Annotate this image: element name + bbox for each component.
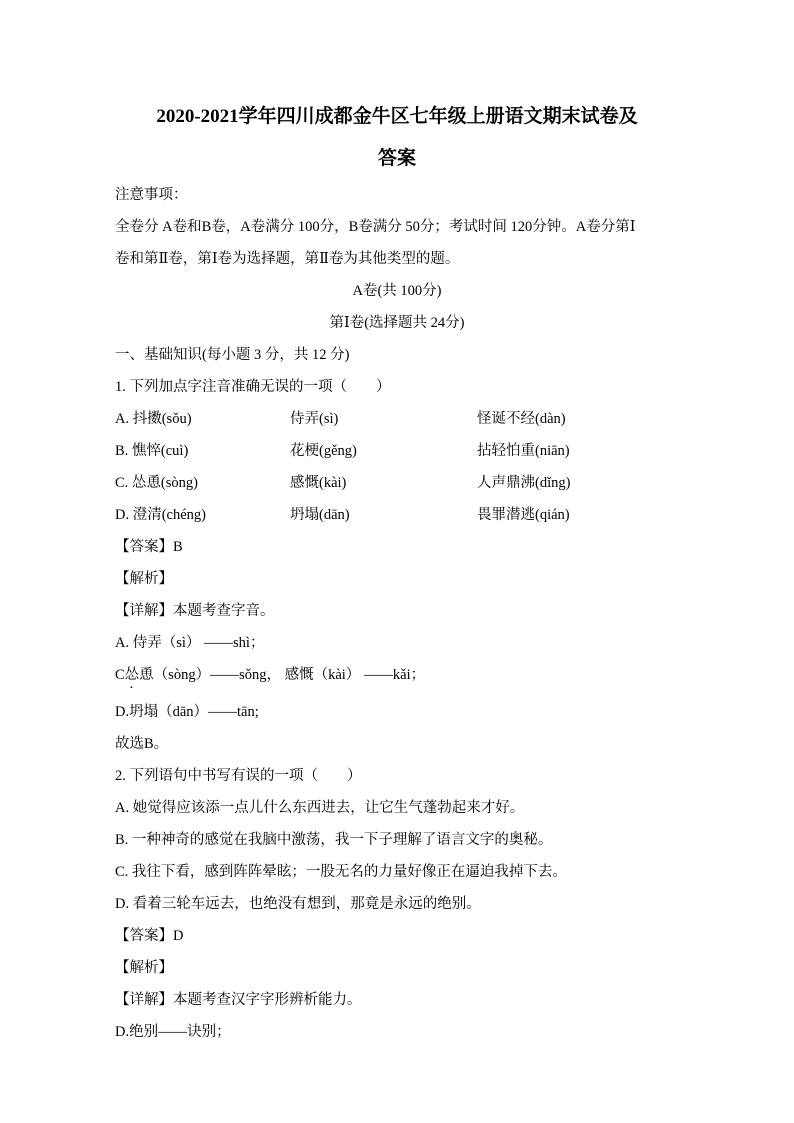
q1-option-c-word-3: 人声鼎沸(dǐng) <box>477 476 706 491</box>
q1-option-d-word-2: 坍塌(dān) <box>290 508 477 523</box>
q1-option-d-word-1: D. 澄清(chéng) <box>115 508 290 523</box>
q2-explain-d: D.绝别——诀别； <box>115 1025 706 1040</box>
notice-body-line-1: 全卷分 A卷和B卷，A卷满分 100分，B卷满分 50分；考试时间 120分钟。… <box>115 220 706 235</box>
q2-option-c: C. 我往下看，感到阵阵晕眩；一股无名的力量好像正在逼迫我掉下去。 <box>115 865 706 880</box>
q1-option-c-word-1: C. 怂恿(sòng) <box>115 476 290 491</box>
q1-answer: 【答案】B <box>115 540 706 555</box>
q1-option-c-word-2: 感慨(kài) <box>290 476 477 491</box>
q1-option-b-word-3: 拈轻怕重(niān) <box>477 444 706 459</box>
q2-analysis-label: 【解析】 <box>115 961 706 976</box>
q1-option-row-a: A. 抖擞(sǒu) 侍弄(sì) 怪诞不经(dàn) <box>115 412 706 427</box>
q1-analysis-label: 【解析】 <box>115 572 706 587</box>
q1-option-a-word-1: A. 抖擞(sǒu) <box>115 412 290 427</box>
q2-answer: 【答案】D <box>115 929 706 944</box>
q2-option-b: B. 一种神奇的感觉在我脑中激荡，我一下子理解了语言文字的奥秘。 <box>115 833 706 848</box>
q1-conclusion: 故选B。 <box>115 737 706 752</box>
heading-part-1: 第Ⅰ卷(选择题共 24分) <box>88 316 706 331</box>
document-title: 2020-2021学年四川成都金牛区七年级上册语文期末试卷及 答案 <box>115 96 706 180</box>
q1-option-a-word-2: 侍弄(sì) <box>290 412 477 427</box>
document-page: 2020-2021学年四川成都金牛区七年级上册语文期末试卷及 答案 注意事项： … <box>0 0 794 1123</box>
q1-option-row-c: C. 怂恿(sòng) 感慨(kài) 人声鼎沸(dǐng) <box>115 476 706 491</box>
emphasis-dot: · <box>115 683 706 693</box>
q1-explain-d: D.坍塌（dān）——tān; <box>115 705 706 720</box>
q1-option-b-word-2: 花梗(gěng) <box>290 444 477 459</box>
q1-explain-c: C怂恿（sòng）——sǒng， 感慨（kài） ——kǎi； <box>115 668 706 683</box>
q1-option-row-b: B. 憔悴(cuì) 花梗(gěng) 拈轻怕重(niān) <box>115 444 706 459</box>
q1-explain-a: A. 侍弄（sì） ——shì； <box>115 636 706 651</box>
q1-option-row-d: D. 澄清(chéng) 坍塌(dān) 畏罪潜逃(qián) <box>115 508 706 523</box>
q2-option-d: D. 看着三轮车远去，也绝没有想到，那竟是永远的绝别。 <box>115 897 706 912</box>
notice-label: 注意事项： <box>115 188 706 203</box>
q1-option-d-word-3: 畏罪潜逃(qián) <box>477 508 706 523</box>
heading-section-1: 一、基础知识(每小题 3 分，共 12 分) <box>115 348 706 363</box>
q1-option-b-word-1: B. 憔悴(cuì) <box>115 444 290 459</box>
heading-volume-a: A卷(共 100分) <box>88 284 706 299</box>
title-line-2: 答案 <box>88 138 706 180</box>
q1-stem: 1. 下列加点字注音准确无误的一项（ ） <box>115 380 706 395</box>
title-line-1: 2020-2021学年四川成都金牛区七年级上册语文期末试卷及 <box>88 96 706 138</box>
q1-detail-label: 【详解】本题考查字音。 <box>115 604 706 619</box>
q1-option-a-word-3: 怪诞不经(dàn) <box>477 412 706 427</box>
notice-body-line-2: 卷和第Ⅱ卷，第Ⅰ卷为选择题，第Ⅱ卷为其他类型的题。 <box>115 252 706 267</box>
q2-option-a: A. 她觉得应该添一点儿什么东西进去，让它生气蓬勃起来才好。 <box>115 801 706 816</box>
q2-detail-label: 【详解】本题考查汉字字形辨析能力。 <box>115 993 706 1008</box>
q2-stem: 2. 下列语句中书写有误的一项（ ） <box>115 769 706 784</box>
